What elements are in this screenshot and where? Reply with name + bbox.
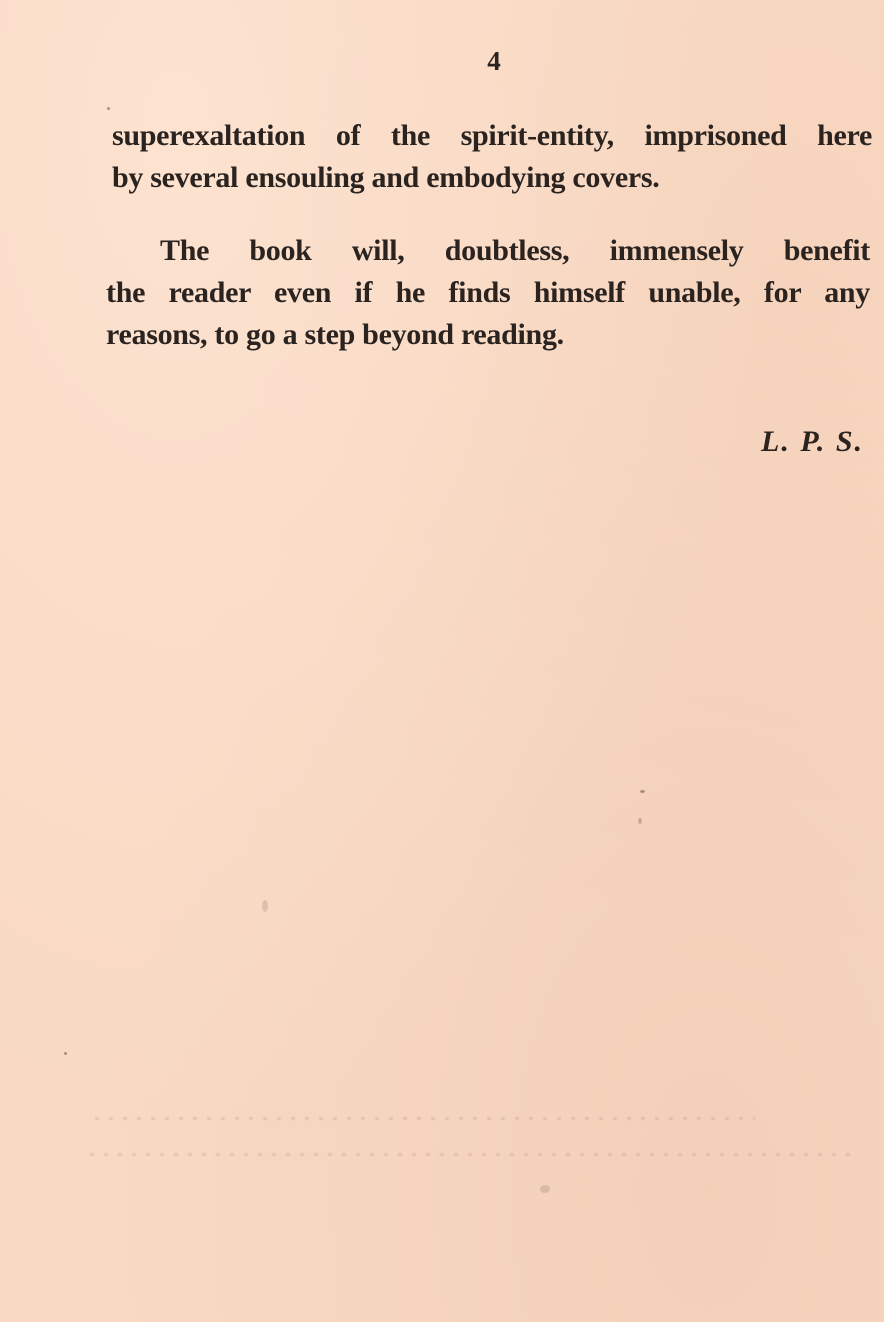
author-signature: L. P. S.: [761, 425, 864, 459]
text-line: reasons, to go a step beyond reading.: [106, 314, 870, 356]
page-number: 4: [0, 46, 884, 77]
bleed-through-mark: [95, 1117, 755, 1120]
paragraph-2: The book will, doubtless, immensely bene…: [106, 230, 870, 356]
text-line: The book will, doubtless, immensely bene…: [106, 230, 870, 272]
text-line: the reader even if he finds himself unab…: [106, 272, 870, 314]
paper-speck: [540, 1185, 550, 1193]
text-line: by several ensouling and embodying cover…: [112, 157, 872, 199]
paper-speck: [107, 107, 110, 110]
book-page: 4 superexaltation of the spirit-entity, …: [0, 0, 884, 1322]
paragraph-1: superexaltation of the spirit-entity, im…: [112, 115, 872, 199]
paper-speck: [638, 818, 642, 824]
bleed-through-mark: [90, 1153, 850, 1156]
text-line: superexaltation of the spirit-entity, im…: [112, 115, 872, 157]
paper-speck: [64, 1052, 67, 1055]
paper-speck: [262, 900, 268, 912]
paper-speck: [640, 790, 645, 793]
